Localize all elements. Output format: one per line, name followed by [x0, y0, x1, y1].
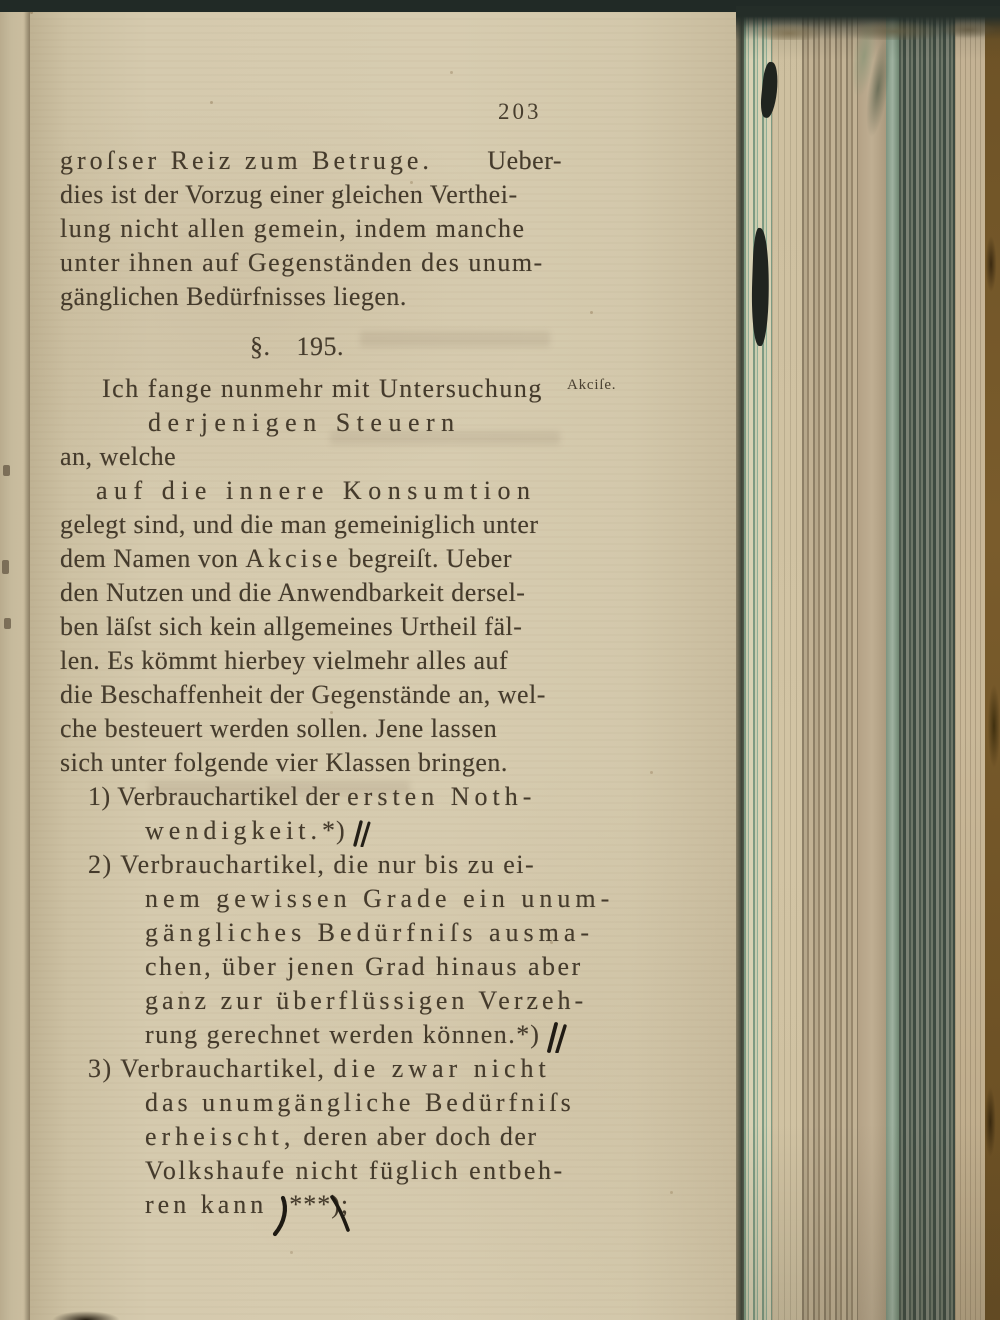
- marbled-cover-edge: [985, 0, 1000, 1320]
- page-paper: 203 Akciſe. groſser Reiz zum Betruge. Ue…: [30, 11, 738, 1320]
- section-number: 195.: [297, 330, 345, 364]
- text-segment: erheischt,: [145, 1122, 295, 1151]
- text-line: gängliches Bedürfniſs ausma-: [145, 916, 572, 950]
- paragraph-2: Ich fange nunmehr mit Untersuchung derje…: [60, 372, 572, 780]
- paragraph-1: groſser Reiz zum Betruge. Ueber- dies is…: [60, 144, 572, 314]
- fore-edge-dark-pages: [899, 0, 955, 1320]
- footnote-mark: *): [516, 1020, 540, 1049]
- text-line: wendigkeit.*): [145, 814, 572, 848]
- fore-edge-teal-stripe: [886, 0, 899, 1320]
- text-segment: die zwar nicht: [333, 1054, 550, 1083]
- list-item-3: 3) Verbrauchartikel, die zwar nicht das …: [60, 1052, 572, 1222]
- text-segment: Ueber-: [487, 144, 562, 178]
- fore-edge-cream-pages: [772, 0, 802, 1320]
- text-line: 3) Verbrauchartikel, die zwar nicht: [88, 1052, 572, 1086]
- text-line: sich unter folgende vier Klassen bringen…: [60, 746, 572, 780]
- list-item-1: 1) Verbrauchartikel der ersten Noth- wen…: [60, 780, 572, 848]
- facing-page-text-fragment: [3, 465, 10, 476]
- text-line: an, welche: [60, 440, 572, 474]
- text-segment: ren kann: [145, 1190, 267, 1219]
- margin-note-akcise: Akciſe.: [567, 377, 616, 394]
- text-line: groſser Reiz zum Betruge. Ueber-: [60, 144, 562, 178]
- text-line: gänglichen Bedürfnisses liegen.: [60, 280, 572, 314]
- text-segment: 1) Verbrauchartikel der: [88, 782, 347, 811]
- text-line: die Beschaffenheit der Gegenstände an, w…: [60, 678, 572, 712]
- deckle-top-edge: [736, 6, 1000, 40]
- handwritten-pen-mark: [542, 1021, 568, 1053]
- text-line: dem Namen von Akcise begreiſt. Ueber: [60, 542, 572, 576]
- text-line: den Nutzen und die Anwendbarkeit dersel-: [60, 576, 572, 610]
- text-line: len. Es kömmt hierbey vielmehr alles auf: [60, 644, 572, 678]
- text-line: 2) Verbrauchartikel, die nur bis zu ei-: [88, 848, 572, 882]
- book-scan-page: 203 Akciſe. groſser Reiz zum Betruge. Ue…: [0, 0, 1000, 1320]
- text-line: ben läſst sich kein allgemeines Urtheil …: [60, 610, 572, 644]
- scan-background-bottom-corner: [46, 1302, 126, 1320]
- text-segment: 3) Verbrauchartikel,: [88, 1054, 333, 1083]
- fore-edge-outer-pages: [955, 0, 985, 1320]
- fore-edge-smooth-pages: [858, 0, 886, 1320]
- text-line: ren kann***);: [145, 1188, 572, 1222]
- text-line: che besteuert werden sollen. Jene lassen: [60, 712, 572, 746]
- text-line: dies ist der Vorzug einer gleichen Verth…: [60, 178, 572, 212]
- text-line: Volkshaufe nicht füglich entbeh-: [145, 1154, 572, 1188]
- text-segment: groſser Reiz zum Betruge.: [60, 144, 433, 178]
- page-number: 203: [498, 99, 542, 125]
- text-segment: wendigkeit.: [145, 816, 322, 845]
- fore-edge-tan-pages: [802, 0, 858, 1320]
- text-segment: ersten Noth-: [347, 782, 536, 811]
- footnote-mark: *): [322, 816, 346, 845]
- facing-page-text-fragment: [2, 560, 9, 574]
- text-segment: deren aber doch der: [295, 1122, 537, 1151]
- handwritten-pen-mark: [329, 1193, 351, 1233]
- handwritten-pen-mark: [348, 819, 372, 847]
- text-line: derjenigen Steuern: [148, 406, 572, 440]
- section-heading: §. 195.: [250, 330, 572, 364]
- text-line: das unumgängliche Bedürfniſs: [145, 1086, 572, 1120]
- fore-edge-green-pages: [744, 0, 772, 1320]
- text-line: 1) Verbrauchartikel der ersten Noth-: [88, 780, 572, 814]
- text-line: auf die innere Konsumtion: [96, 474, 572, 508]
- text-line: unter ihnen auf Gegenständen des unum-: [60, 246, 572, 280]
- text-line: rung gerechnet werden können.*): [145, 1018, 572, 1052]
- section-mark: §.: [250, 330, 271, 364]
- text-line: erheischt, deren aber doch der: [145, 1120, 572, 1154]
- text-segment: Akcise: [245, 544, 341, 573]
- text-segment: dem Namen von: [60, 544, 245, 573]
- text-line: nem gewissen Grade ein unum-: [145, 882, 572, 916]
- text-line: lung nicht allen gemein, indem manche: [60, 212, 572, 246]
- text-line: chen, über jenen Grad hinaus aber: [145, 950, 572, 984]
- text-segment: rung gerechnet werden können.: [145, 1020, 516, 1049]
- text-line: gelegt sind, und die man gemeiniglich un…: [60, 508, 572, 542]
- text-segment: begreiſt. Ueber: [342, 544, 512, 573]
- facing-page-text-fragment: [4, 618, 11, 629]
- body-text: groſser Reiz zum Betruge. Ueber- dies is…: [60, 144, 572, 1222]
- text-line: ganz zur überflüssigen Verzeh-: [145, 984, 572, 1018]
- page-block-shadow: [736, 0, 744, 1320]
- text-line: Ich fange nunmehr mit Untersuchung: [102, 372, 572, 406]
- list-item-2: 2) Verbrauchartikel, die nur bis zu ei- …: [60, 848, 572, 1052]
